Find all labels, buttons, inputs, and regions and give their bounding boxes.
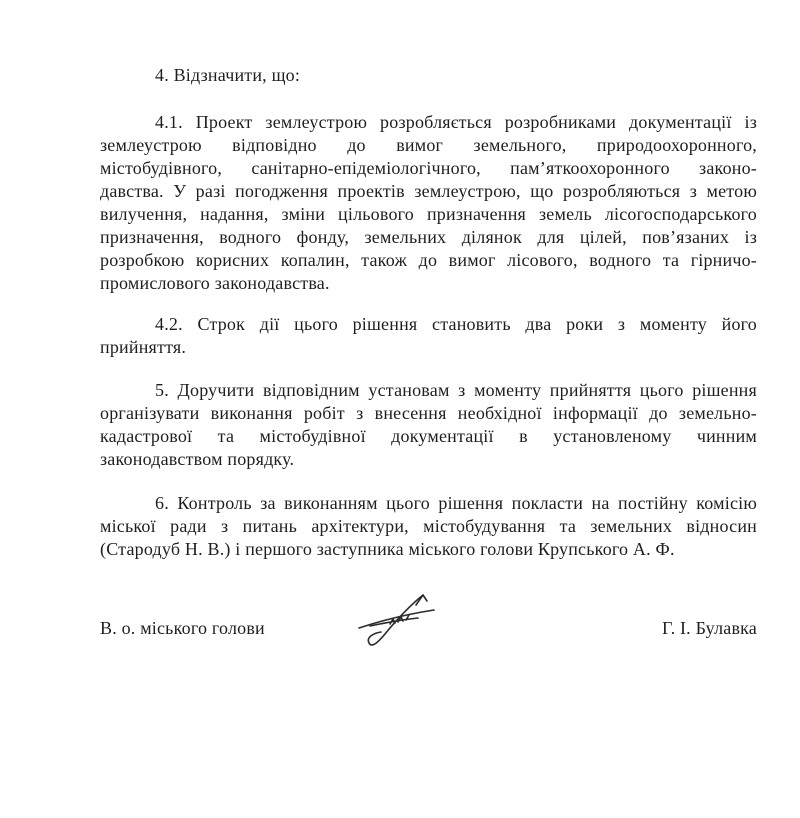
- paragraph-line: містобудівного, санітарно-епідеміологічн…: [100, 157, 757, 180]
- paragraph-line: землеустрою відповідно до вимог земельно…: [100, 134, 757, 157]
- paragraph-item-4: 4. Відзначити, що:: [100, 64, 757, 87]
- paragraph-line: організувати виконання робіт з внесення …: [100, 402, 757, 425]
- paragraph-line: міської ради з питань архітектури, місто…: [100, 515, 757, 538]
- paragraph-line: 4.1. Проект землеустрою розробляється ро…: [100, 111, 757, 134]
- paragraph-item-6: 6. Контроль за виконанням цього рішення …: [100, 492, 757, 561]
- scanned-document-page: 4. Відзначити, що: 4.1. Проект землеустр…: [0, 0, 800, 818]
- paragraph-line: 4.2. Строк дії цього рішення становить д…: [100, 313, 757, 336]
- document-body: 4. Відзначити, що: 4.1. Проект землеустр…: [0, 0, 800, 640]
- paragraph-line: давства. У разі погодження проектів земл…: [100, 180, 757, 203]
- paragraph-item-5: 5. Доручити відповідним установам з моме…: [100, 379, 757, 471]
- paragraph-line: вилучення, надання, зміни цільового приз…: [100, 203, 757, 226]
- paragraph-line: кадастрової та містобудівної документаці…: [100, 425, 757, 448]
- paragraph-item-4-1: 4.1. Проект землеустрою розробляється ро…: [100, 111, 757, 295]
- signatory-role: В. о. міського голови: [100, 617, 265, 640]
- paragraph-line: 4. Відзначити, що:: [100, 64, 757, 87]
- paragraph-line: прийняття.: [100, 336, 757, 359]
- paragraph-line: призначення, водного фонду, земельних ді…: [100, 226, 757, 249]
- paragraph-line: 5. Доручити відповідним установам з моме…: [100, 379, 757, 402]
- signature-block: В. о. міського голови Г. І. Булавка: [100, 617, 757, 640]
- paragraph-line: промислового законодавства.: [100, 272, 757, 295]
- handwritten-signature-icon: [352, 590, 440, 654]
- paragraph-line: (Стародуб Н. В.) і першого заступника мі…: [100, 538, 757, 561]
- paragraph-line: 6. Контроль за виконанням цього рішення …: [100, 492, 757, 515]
- paragraph-line: законодавством порядку.: [100, 448, 757, 471]
- paragraph-item-4-2: 4.2. Строк дії цього рішення становить д…: [100, 313, 757, 359]
- signatory-name: Г. І. Булавка: [662, 617, 757, 640]
- paragraph-line: розробкою корисних копалин, також до вим…: [100, 249, 757, 272]
